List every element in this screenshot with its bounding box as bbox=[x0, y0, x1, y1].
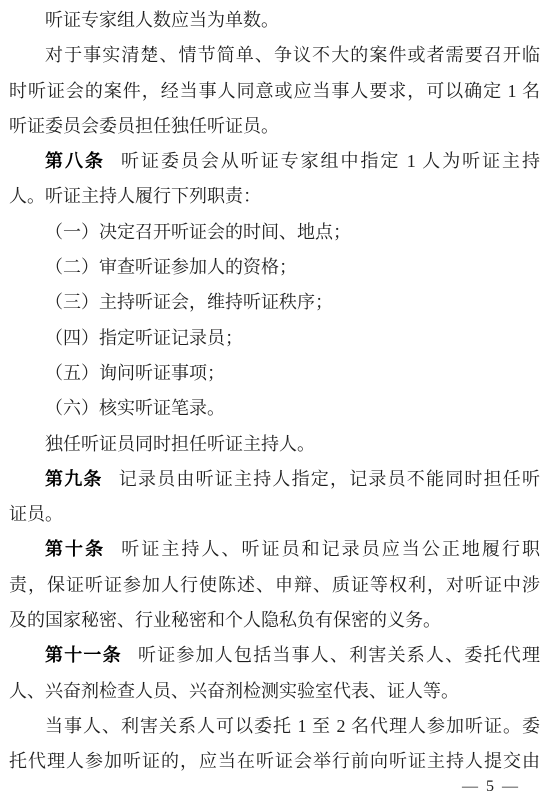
text-line: 证员。 bbox=[9, 497, 540, 532]
text-line: 时听证会的案件，经当事人同意或应当事人要求，可以确定 1 名 bbox=[9, 74, 540, 109]
text-line: 人、兴奋剂检查人员、兴奋剂检测实验室代表、证人等。 bbox=[9, 674, 540, 709]
text-line: 当事人、利害关系人可以委托 1 至 2 名代理人参加听证。委 bbox=[9, 709, 540, 744]
text-line: 人。听证主持人履行下列职责： bbox=[9, 179, 540, 214]
article-number: 第九条 bbox=[45, 469, 103, 489]
text-line: 责，保证听证参加人行使陈述、申辩、质证等权利，对听证中涉 bbox=[9, 568, 540, 603]
text-line: 及的国家秘密、行业秘密和个人隐私负有保密的义务。 bbox=[9, 603, 540, 638]
text-line: 独任听证员同时担任听证主持人。 bbox=[9, 427, 540, 462]
article-text: 听证主持人、听证员和记录员应当公正地履行职 bbox=[121, 539, 540, 559]
article-number: 第八条 bbox=[45, 151, 105, 171]
text-line: （二）审查听证参加人的资格； bbox=[9, 250, 540, 285]
article-text: 听证委员会从听证专家组中指定 1 人为听证主持 bbox=[121, 151, 540, 171]
article-line: 第八条听证委员会从听证专家组中指定 1 人为听证主持 bbox=[9, 144, 540, 179]
article-text: 听证参加人包括当事人、利害关系人、委托代理 bbox=[138, 645, 540, 665]
article-line: 第十条听证主持人、听证员和记录员应当公正地履行职 bbox=[9, 532, 540, 567]
article-line: 第九条记录员由听证主持人指定，记录员不能同时担任听 bbox=[9, 462, 540, 497]
article-number: 第十一条 bbox=[45, 645, 122, 665]
text-line: （五）询问听证事项； bbox=[9, 356, 540, 391]
text-line: 听证专家组人数应当为单数。 bbox=[9, 3, 540, 38]
text-line: （三）主持听证会，维持听证秩序； bbox=[9, 285, 540, 320]
text-line: 对于事实清楚、情节简单、争议不大的案件或者需要召开临 bbox=[9, 38, 540, 73]
document-body: 听证专家组人数应当为单数。对于事实清楚、情节简单、争议不大的案件或者需要召开临时… bbox=[9, 3, 540, 780]
text-line: （六）核实听证笔录。 bbox=[9, 391, 540, 426]
text-line: （一）决定召开听证会的时间、地点； bbox=[9, 215, 540, 250]
text-line: 听证委员会委员担任独任听证员。 bbox=[9, 109, 540, 144]
text-line: （四）指定听证记录员； bbox=[9, 321, 540, 356]
article-text: 记录员由听证主持人指定，记录员不能同时担任听 bbox=[119, 469, 540, 489]
text-line: 托代理人参加听证的，应当在听证会举行前向听证主持人提交由 bbox=[9, 744, 540, 779]
article-line: 第十一条听证参加人包括当事人、利害关系人、委托代理 bbox=[9, 638, 540, 673]
page-number: — 5 — bbox=[462, 779, 518, 795]
article-number: 第十条 bbox=[45, 539, 105, 559]
document-page: 听证专家组人数应当为单数。对于事实清楚、情节简单、争议不大的案件或者需要召开临时… bbox=[0, 0, 549, 803]
